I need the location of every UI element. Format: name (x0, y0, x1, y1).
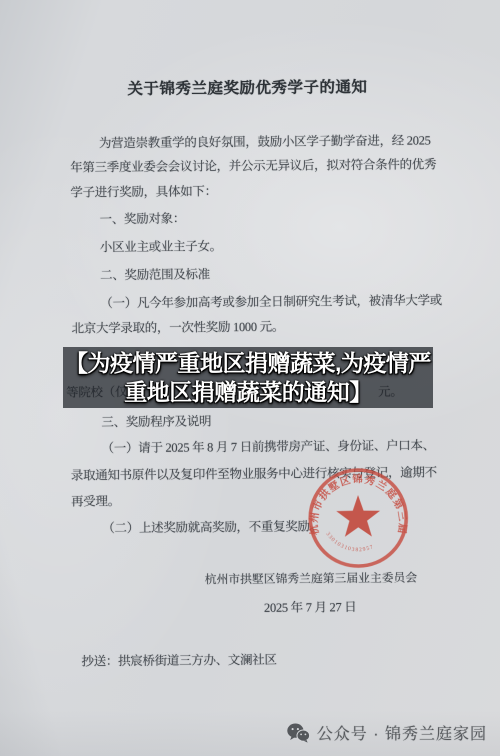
body-line: （一）请于 2025 年 8 月 7 日前携带房产证、身份证、户口本、 (102, 435, 435, 456)
body-line: 年第三季度业委会会议讨论，并公示无异议后，拟对符合条件的优秀 (70, 154, 436, 175)
body-line: 北京大学录取的，一次性奖励 1000 元。 (71, 317, 284, 337)
section-heading-1: 一、奖励对象： (100, 209, 186, 228)
caption-overlay-banner: 【为疫情严重地区捐赠蔬菜,为疫情严 重地区捐赠蔬菜的通知】 (63, 347, 433, 408)
wechat-watermark-text: 公众号 · 锦秀兰庭家园 (317, 721, 487, 744)
body-line: 再受理。 (71, 491, 120, 509)
stamp-number: 33010310382957 (324, 531, 375, 554)
section-heading-3: 三、奖励程序及说明 (101, 411, 211, 430)
body-line: 小区业主或业主子女。 (100, 236, 222, 255)
committee-seal-stamp-icon: 杭州市拱墅区锦秀兰庭第三届业主委员会 33010310382957 (306, 466, 411, 571)
signature-committee: 杭州市拱墅区锦秀兰庭第三届业主委员会 (205, 569, 417, 588)
svg-text:33010310382957: 33010310382957 (324, 531, 375, 554)
wechat-icon (287, 723, 310, 743)
notice-title: 关于锦秀兰庭奖励优秀学子的通知 (0, 74, 498, 100)
caption-line-2: 重地区捐赠蔬菜的通知】 (124, 378, 372, 407)
body-line: 学子进行奖励，具体如下： (70, 181, 217, 200)
body-line: 为营造崇教重学的良好氛围，鼓励小区学子勤学奋进，经 2025 (99, 130, 431, 151)
section-heading-2: 二、奖励范围及标准 (100, 264, 210, 283)
photographed-notice-image: 关于锦秀兰庭奖励优秀学子的通知 为营造崇教重学的良好氛围，鼓励小区学子勤学奋进，… (0, 0, 500, 756)
wechat-watermark: 公众号 · 锦秀兰庭家园 (287, 721, 487, 744)
caption-line-1: 【为疫情严重地区捐赠蔬菜,为疫情严 (65, 349, 431, 378)
body-line: （一）凡今年参加高考或参加全日制研究生考试，被清华大学或 (100, 290, 442, 311)
cc-line: 抄送：拱宸桥街道三方办、文澜社区 (81, 650, 276, 670)
body-line: （二）上述奖励就高奖励，不重复奖励。 (102, 516, 322, 536)
stamp-star-icon (336, 495, 380, 537)
signature-date: 2025 年 7 月 27 日 (264, 597, 357, 616)
